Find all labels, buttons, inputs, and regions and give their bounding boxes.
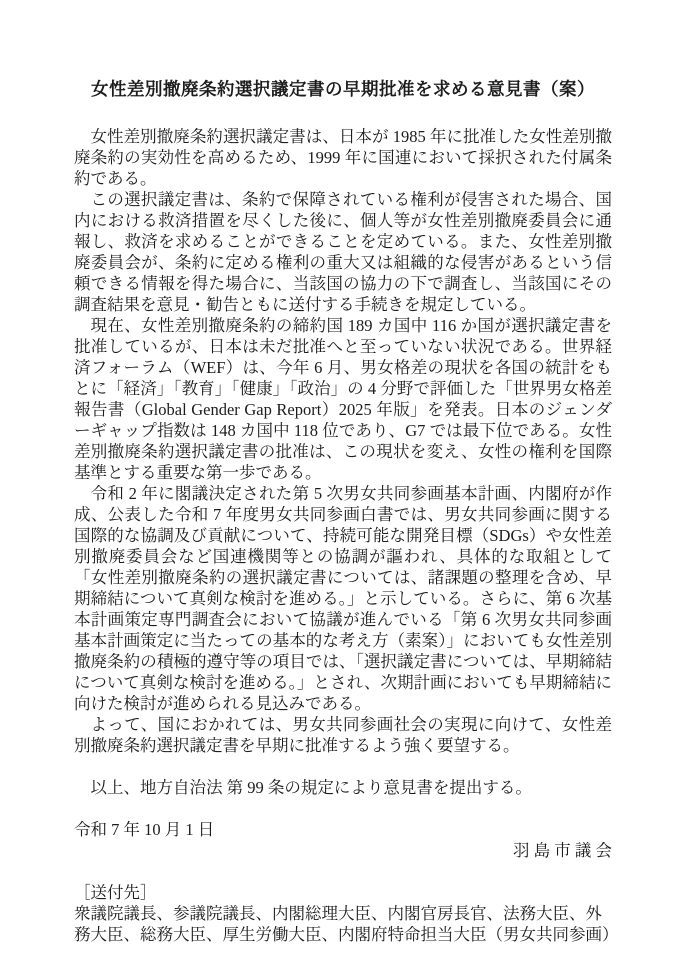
body-paragraph-government-plans: 令和 2 年に閣議決定された第 5 次男女共同参画基本計画、内閣府が作成、公表し… xyxy=(74,483,612,714)
document-date: 令和 7 年 10 月 1 日 xyxy=(74,819,612,840)
recipients-label: ［送付先］ xyxy=(74,882,612,903)
body-paragraph-request: よって、国におかれては、男女共同参画社会の実現に向けて、女性差別撤廃条約選択議定… xyxy=(74,714,612,756)
body-paragraph-current-status: 現在、女性差別撤廃条約の締約国 189 カ国中 116 か国が選択議定書を批准し… xyxy=(74,315,612,483)
page-title: 女性差別撤廃条約選択議定書の早期批准を求める意見書（案） xyxy=(74,78,612,100)
document-body: 女性差別撤廃条約選択議定書は、日本が 1985 年に批准した女性差別撤廃条約の実… xyxy=(74,126,612,945)
recipients-list: 衆議院議長、参議院議長、内閣総理大臣、内閣官房長官、法務大臣、外務大臣、総務大臣… xyxy=(74,903,612,945)
closing-statement: 以上、地方自治法 第 99 条の規定により意見書を提出する。 xyxy=(74,777,612,798)
signature-council: 羽 島 市 議 会 xyxy=(74,840,612,861)
body-paragraph-protocol-mechanism: この選択議定書は、条約で保障されている権利が侵害された場合、国内における救済措置… xyxy=(74,189,612,315)
body-paragraph-intro: 女性差別撤廃条約選択議定書は、日本が 1985 年に批准した女性差別撤廃条約の実… xyxy=(74,126,612,189)
document-page: 女性差別撤廃条約選択議定書の早期批准を求める意見書（案） 女性差別撤廃条約選択議… xyxy=(0,0,685,964)
